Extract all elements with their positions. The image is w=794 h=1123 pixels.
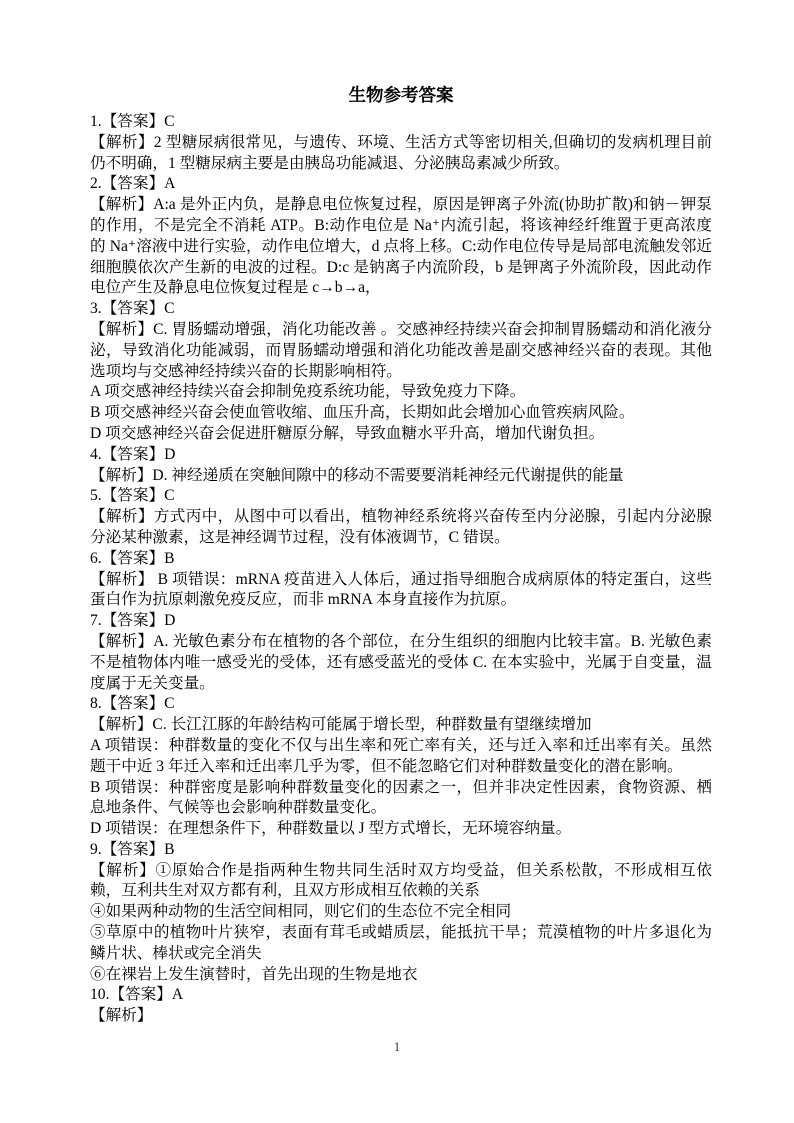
q8-analysis-p3: B 项错误：种群密度是影响种群数量变化的因素之一，但并非决定性因素，食物资源、栖… — [90, 778, 712, 820]
q7-answer-line: 7.【答案】D — [90, 611, 712, 632]
qa-item-4: 4.【答案】D 【解析】D. 神经递质在突触间隙中的移动不需要要消耗神经元代谢提… — [90, 445, 712, 487]
q8-analysis-p4: D 项错误：在理想条件下，种群数量以 J 型方式增长，无环境容纳量。 — [90, 819, 712, 840]
q6-analysis-p1: 【解析】 B 项错误：mRNA 疫苗进入人体后，通过指导细胞合成病原体的特定蛋白… — [90, 570, 712, 612]
q8-analysis-p1: 【解析】C. 长江江豚的年龄结构可能属于增长型，种群数量有望继续增加 — [90, 715, 712, 736]
q1-answer-line: 1.【答案】C — [90, 112, 712, 133]
page-number: 1 — [0, 1040, 794, 1055]
q4-analysis-p1: 【解析】D. 神经递质在突触间隙中的移动不需要要消耗神经元代谢提供的能量 — [90, 466, 712, 487]
q5-analysis-p1: 【解析】方式丙中，从图中可以看出，植物神经系统将兴奋传至内分泌腺，引起内分泌腺分… — [90, 507, 712, 549]
q3-analysis-p2: A 项交感神经持续兴奋会抑制免疫系统功能，导致免疫力下降。 — [90, 382, 712, 403]
page-title: 生物参考答案 — [90, 84, 712, 106]
q1-analysis-p1: 【解析】2 型糖尿病很常见，与遗传、环境、生活方式等密切相关,但确切的发病机理目… — [90, 133, 712, 175]
q7-analysis-p1: 【解析】A. 光敏色素分布在植物的各个部位，在分生组织的细胞内比较丰富。B. 光… — [90, 632, 712, 694]
q2-analysis-p1: 【解析】A:a 是外正内负，是静息电位恢复过程，原因是钾离子外流(协助扩散)和钠… — [90, 195, 712, 299]
qa-item-10: 10.【答案】A 【解析】 — [90, 985, 712, 1027]
q9-analysis-p4: ⑥在裸岩上发生演替时，首先出现的生物是地衣 — [90, 965, 712, 986]
document-content: 生物参考答案 1.【答案】C 【解析】2 型糖尿病很常见，与遗传、环境、生活方式… — [90, 84, 712, 1027]
qa-item-9: 9.【答案】B 【解析】①原始合作是指两种生物共同生活时双方均受益，但关系松散，… — [90, 840, 712, 986]
q9-analysis-p2: ④如果两种动物的生活空间相同，则它们的生态位不完全相同 — [90, 902, 712, 923]
q4-answer-line: 4.【答案】D — [90, 445, 712, 466]
q2-answer-line: 2.【答案】A — [90, 174, 712, 195]
q3-answer-line: 3.【答案】C — [90, 299, 712, 320]
q9-analysis-p1: 【解析】①原始合作是指两种生物共同生活时双方均受益，但关系松散，不形成相互依赖，… — [90, 861, 712, 903]
q10-answer-line: 10.【答案】A — [90, 985, 712, 1006]
q9-answer-line: 9.【答案】B — [90, 840, 712, 861]
document-page: 生物参考答案 1.【答案】C 【解析】2 型糖尿病很常见，与遗传、环境、生活方式… — [0, 0, 794, 1123]
qa-item-2: 2.【答案】A 【解析】A:a 是外正内负，是静息电位恢复过程，原因是钾离子外流… — [90, 174, 712, 299]
qa-item-3: 3.【答案】C 【解析】C. 胃肠蠕动增强，消化功能改善 。交感神经持续兴奋会抑… — [90, 299, 712, 445]
qa-item-6: 6.【答案】B 【解析】 B 项错误：mRNA 疫苗进入人体后，通过指导细胞合成… — [90, 549, 712, 611]
qa-item-8: 8.【答案】C 【解析】C. 长江江豚的年龄结构可能属于增长型，种群数量有望继续… — [90, 694, 712, 840]
q5-answer-line: 5.【答案】C — [90, 486, 712, 507]
q3-analysis-p1: 【解析】C. 胃肠蠕动增强，消化功能改善 。交感神经持续兴奋会抑制胃肠蠕动和消化… — [90, 320, 712, 382]
qa-item-7: 7.【答案】D 【解析】A. 光敏色素分布在植物的各个部位，在分生组织的细胞内比… — [90, 611, 712, 694]
q10-analysis-p1: 【解析】 — [90, 1006, 712, 1027]
q3-analysis-p3: B 项交感神经兴奋会使血管收缩、血压升高，长期如此会增加心血管疾病风险。 — [90, 403, 712, 424]
q9-analysis-p3: ⑤草原中的植物叶片狭窄，表面有茸毛或蜡质层，能抵抗干旱；荒漠植物的叶片多退化为鳞… — [90, 923, 712, 965]
q8-answer-line: 8.【答案】C — [90, 694, 712, 715]
q3-analysis-p4: D 项交感神经兴奋会促进肝糖原分解，导致血糖水平升高，增加代谢负担。 — [90, 424, 712, 445]
q8-analysis-p2: A 项错误：种群数量的变化不仅与出生率和死亡率有关，还与迁入率和迁出率有关。虽然… — [90, 736, 712, 778]
qa-item-1: 1.【答案】C 【解析】2 型糖尿病很常见，与遗传、环境、生活方式等密切相关,但… — [90, 112, 712, 174]
qa-item-5: 5.【答案】C 【解析】方式丙中，从图中可以看出，植物神经系统将兴奋传至内分泌腺… — [90, 486, 712, 548]
q6-answer-line: 6.【答案】B — [90, 549, 712, 570]
